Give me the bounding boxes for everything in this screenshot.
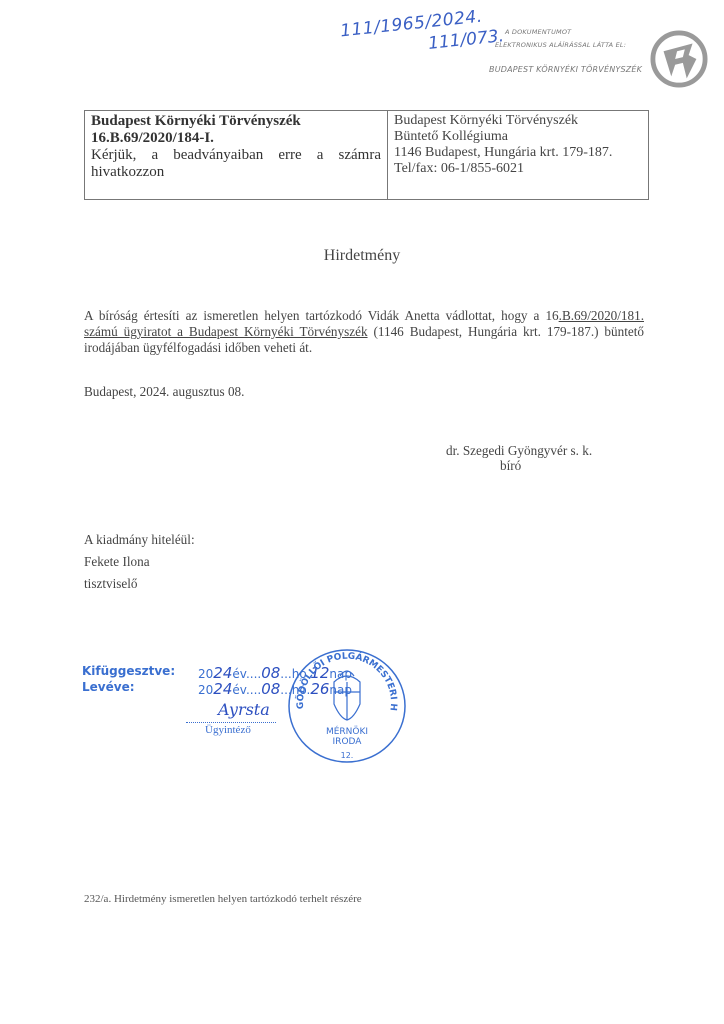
notice-body: A bíróság értesíti az ismeretlen helyen …	[84, 308, 644, 356]
form-footnote: 232/a. Hirdetmény ismeretlen helyen tart…	[84, 893, 362, 905]
svg-text:IRODA: IRODA	[333, 737, 363, 747]
esig-court: BUDAPEST KÖRNYÉKI TÖRVÉNYSZÉK	[489, 65, 642, 74]
signature-line	[186, 722, 276, 723]
esig-line2: ELEKTRONIKUS ALÁÍRÁSSAL LÁTTA EL:	[495, 41, 626, 49]
reference-note: Kérjük, a beadványaiban erre a számra	[91, 147, 381, 164]
date-line: Budapest, 2024. augusztus 08.	[84, 384, 244, 400]
month-handwritten: 08	[261, 680, 280, 698]
case-number: 16.B.69/2020/184-I.	[91, 130, 214, 146]
body-text: A bíróság értesíti az ismeretlen helyen …	[84, 308, 559, 323]
signatory-name: dr. Szegedi Gyöngyvér s. k.	[446, 443, 592, 459]
copy-title: tisztviselő	[84, 576, 137, 592]
officer-label: Ügyintéző	[205, 724, 251, 736]
court-name: Budapest Környéki Törvényszék	[91, 113, 301, 129]
header-right-cell: Budapest Környéki Törvényszék Büntető Ko…	[388, 111, 648, 199]
copy-label: A kiadmány hiteléül:	[84, 532, 195, 548]
esig-line1: A DOKUMENTUMOT	[505, 28, 571, 36]
address-department: Büntető Kollégiuma	[394, 129, 642, 145]
header-left-cell: Budapest Környéki Törvényszék 16.B.69/20…	[85, 111, 388, 199]
address-court: Budapest Környéki Törvényszék	[394, 113, 642, 129]
document-title: Hirdetmény	[0, 247, 724, 265]
svg-text:12.: 12.	[341, 751, 354, 760]
year-prefix: 20	[198, 667, 213, 681]
posted-label: Kifüggesztve:	[82, 664, 175, 678]
svg-text:MÉRNÖKI: MÉRNÖKI	[326, 725, 368, 737]
ev-label: év	[232, 683, 246, 697]
year-prefix: 20	[198, 683, 213, 697]
address-phone: Tel/fax: 06-1/855-6021	[394, 161, 642, 177]
ev-label: év	[232, 667, 246, 681]
header-table: Budapest Környéki Törvényszék 16.B.69/20…	[84, 110, 649, 200]
removed-label: Levéve:	[82, 680, 135, 694]
court-logo-icon	[650, 30, 708, 88]
year-handwritten: 24	[213, 680, 232, 698]
officer-signature: Ayrsta	[218, 700, 270, 719]
official-seal-icon: GÖDÖLLŐI POLGÁRMESTERI HIVATAL MÉRNÖKI I…	[282, 640, 412, 766]
signatory-title: bíró	[500, 458, 521, 474]
address-street: 1146 Budapest, Hungária krt. 179-187.	[394, 145, 642, 161]
copy-name: Fekete Ilona	[84, 554, 150, 570]
reference-note-cont: hivatkozzon	[91, 164, 381, 181]
